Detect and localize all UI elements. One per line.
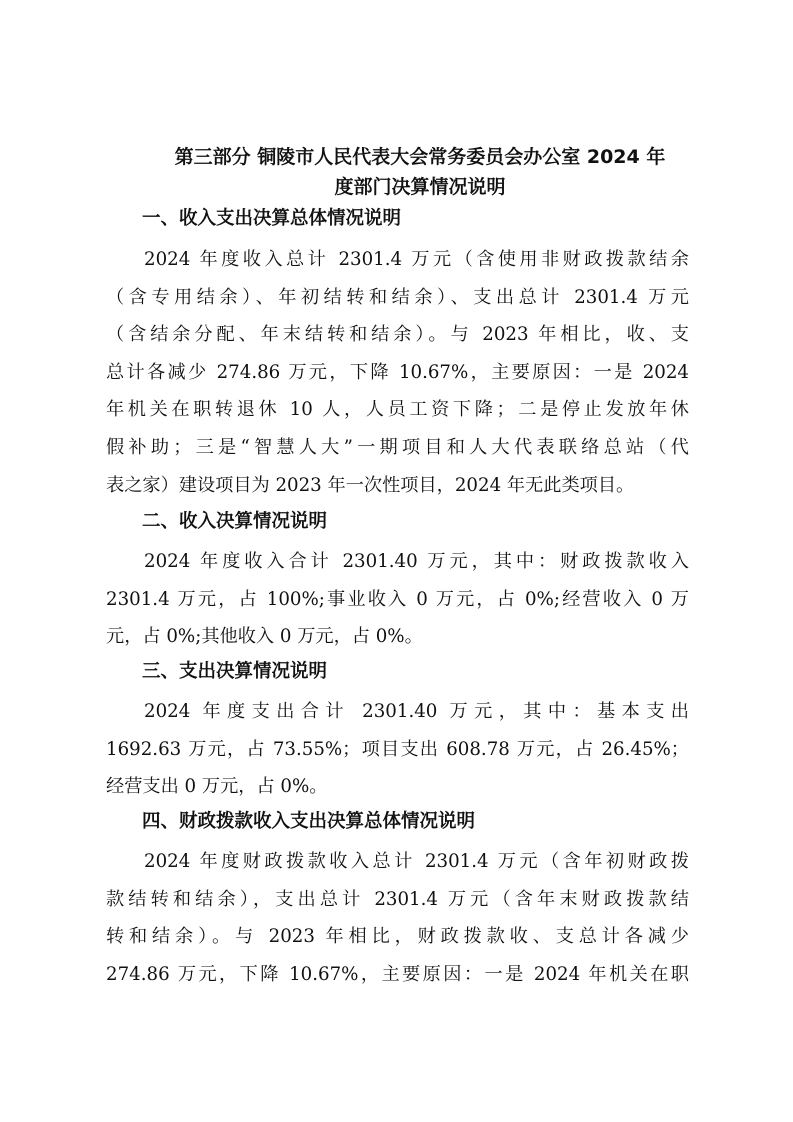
section-4-paragraph: 2024 年度财政拨款收入总计 2301.4 万元（含年初财政拨 款结转和结余）… — [106, 843, 689, 993]
title-line-2: 度部门决算情况说明 — [140, 172, 700, 202]
paragraph-line: 表之家）建设项目为 2023 年一次性项目，2024 年无此类项目。 — [106, 467, 689, 505]
paragraph-line: 年机关在职转退休 10 人，人员工资下降；二是停止发放年休 — [106, 391, 689, 429]
section-heading-3: 三、支出决算情况说明 — [142, 658, 327, 686]
title-line-1: 第三部分 铜陵市人民代表大会常务委员会办公室 2024 年 — [140, 142, 700, 172]
section-heading-4: 四、财政拨款收入支出决算总体情况说明 — [142, 808, 475, 836]
paragraph-line: 总计各减少 274.86 万元，下降 10.67%，主要原因：一是 2024 — [106, 354, 689, 392]
section-3-paragraph: 2024 年度支出合计 2301.40 万元，其中：基本支出 1692.63 万… — [106, 693, 689, 806]
paragraph-line: 1692.63 万元，占 73.55%；项目支出 608.78 万元，占 26.… — [106, 731, 689, 769]
section-heading-2: 二、收入决算情况说明 — [142, 508, 327, 536]
document-title: 第三部分 铜陵市人民代表大会常务委员会办公室 2024 年 度部门决算情况说明 — [140, 142, 700, 202]
paragraph-line: 转和结余）。与 2023 年相比，财政拨款收、支总计各减少 — [106, 918, 689, 956]
paragraph-line: 2301.4 万元，占 100%;事业收入 0 万元，占 0%;经营收入 0 万 — [106, 581, 689, 619]
paragraph-line: 元，占 0%;其他收入 0 万元，占 0%。 — [106, 618, 689, 656]
paragraph-line: 2024 年度财政拨款收入总计 2301.4 万元（含年初财政拨 — [106, 843, 689, 881]
paragraph-line: 假补助；三是“智慧人大”一期项目和人大代表联络总站（代 — [106, 429, 689, 467]
document-page: 第三部分 铜陵市人民代表大会常务委员会办公室 2024 年 度部门决算情况说明 … — [0, 0, 793, 1122]
paragraph-line: 款结转和结余），支出总计 2301.4 万元（含年末财政拨款结 — [106, 881, 689, 919]
paragraph-line: （含结余分配、年末结转和结余）。与 2023 年相比，收、支 — [106, 316, 689, 354]
section-1-paragraph: 2024 年度收入总计 2301.4 万元（含使用非财政拨款结余 （含专用结余）… — [106, 241, 689, 504]
paragraph-line: 经营支出 0 万元，占 0%。 — [106, 768, 689, 806]
section-heading-1: 一、收入支出决算总体情况说明 — [142, 205, 401, 233]
paragraph-line: 2024 年度支出合计 2301.40 万元，其中：基本支出 — [106, 693, 689, 731]
paragraph-line: 2024 年度收入总计 2301.4 万元（含使用非财政拨款结余 — [106, 241, 689, 279]
paragraph-line: （含专用结余）、年初结转和结余）、支出总计 2301.4 万元 — [106, 279, 689, 317]
paragraph-line: 274.86 万元，下降 10.67%，主要原因：一是 2024 年机关在职 — [106, 956, 689, 994]
section-2-paragraph: 2024 年度收入合计 2301.40 万元，其中：财政拨款收入 2301.4 … — [106, 543, 689, 656]
paragraph-line: 2024 年度收入合计 2301.40 万元，其中：财政拨款收入 — [106, 543, 689, 581]
